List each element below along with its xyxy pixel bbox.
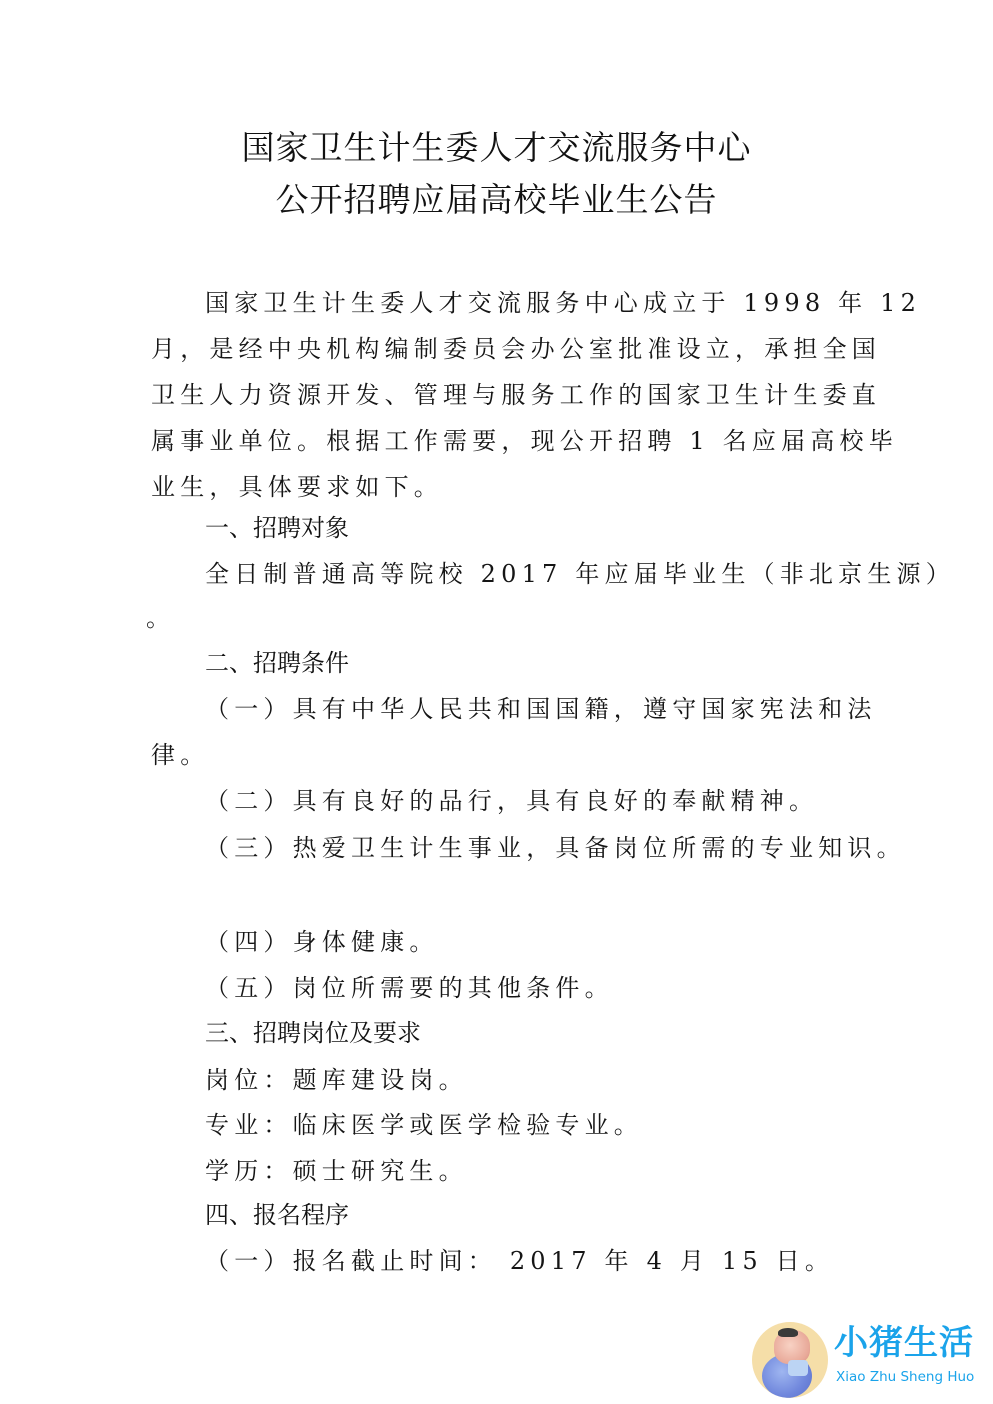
section-heading-recruitment-conditions: 二、招聘条件 (205, 651, 349, 675)
section-line: 岗位：题库建设岗。 (205, 1068, 468, 1092)
section-line: （四）身体健康。 (205, 930, 439, 954)
section-heading-positions-requirements: 三、招聘岗位及要求 (205, 1021, 421, 1045)
section-heading-recruitment-target: 一、招聘对象 (205, 516, 349, 540)
section-line: （一）具有中华人民共和国国籍，遵守国家宪法和法 (205, 697, 877, 721)
section-line: （五）岗位所需要的其他条件。 (205, 976, 614, 1000)
watermark-subtitle: Xiao Zhu Sheng Huo (836, 1371, 974, 1385)
intro-line: 业生，具体要求如下。 (151, 475, 443, 499)
document-title-line-1: 国家卫生计生委人才交流服务中心 (0, 131, 993, 164)
intro-line: 属事业单位。根据工作需要，现公开招聘 1 名应届高校毕 (151, 429, 898, 453)
section-line: 学历：硕士研究生。 (205, 1159, 468, 1183)
section-line: （二）具有良好的品行，具有良好的奉献精神。 (205, 789, 818, 813)
section-line: 。 (146, 606, 175, 630)
document-title-line-2: 公开招聘应届高校毕业生公告 (0, 183, 993, 216)
intro-line: 卫生人力资源开发、管理与服务工作的国家卫生计生委直 (151, 383, 881, 407)
pig-mascot-icon (752, 1322, 828, 1398)
watermark-logo: 小猪生活 Xiao Zhu Sheng Huo (752, 1318, 992, 1400)
section-line: （一）报名截止时间： 2017 年 4 月 15 日。 (205, 1249, 834, 1273)
section-heading-registration-procedure: 四、报名程序 (205, 1203, 349, 1227)
section-line: 全日制普通高等院校 2017 年应届毕业生（非北京生源） (205, 562, 955, 586)
pig-shirt-shape (788, 1360, 808, 1376)
document-page: 国家卫生计生委人才交流服务中心 公开招聘应届高校毕业生公告 国家卫生计生委人才交… (0, 0, 993, 1404)
intro-line: 月，是经中央机构编制委员会办公室批准设立，承担全国 (151, 337, 881, 361)
section-line: （三）热爱卫生计生事业，具备岗位所需的专业知识。 (205, 836, 906, 860)
intro-line: 国家卫生计生委人才交流服务中心成立于 1998 年 12 (205, 291, 921, 315)
section-line: 律。 (151, 743, 209, 767)
watermark-title: 小猪生活 (834, 1326, 974, 1360)
pig-hair-shape (778, 1328, 798, 1337)
section-line: 专业：临床医学或医学检验专业。 (205, 1113, 643, 1137)
